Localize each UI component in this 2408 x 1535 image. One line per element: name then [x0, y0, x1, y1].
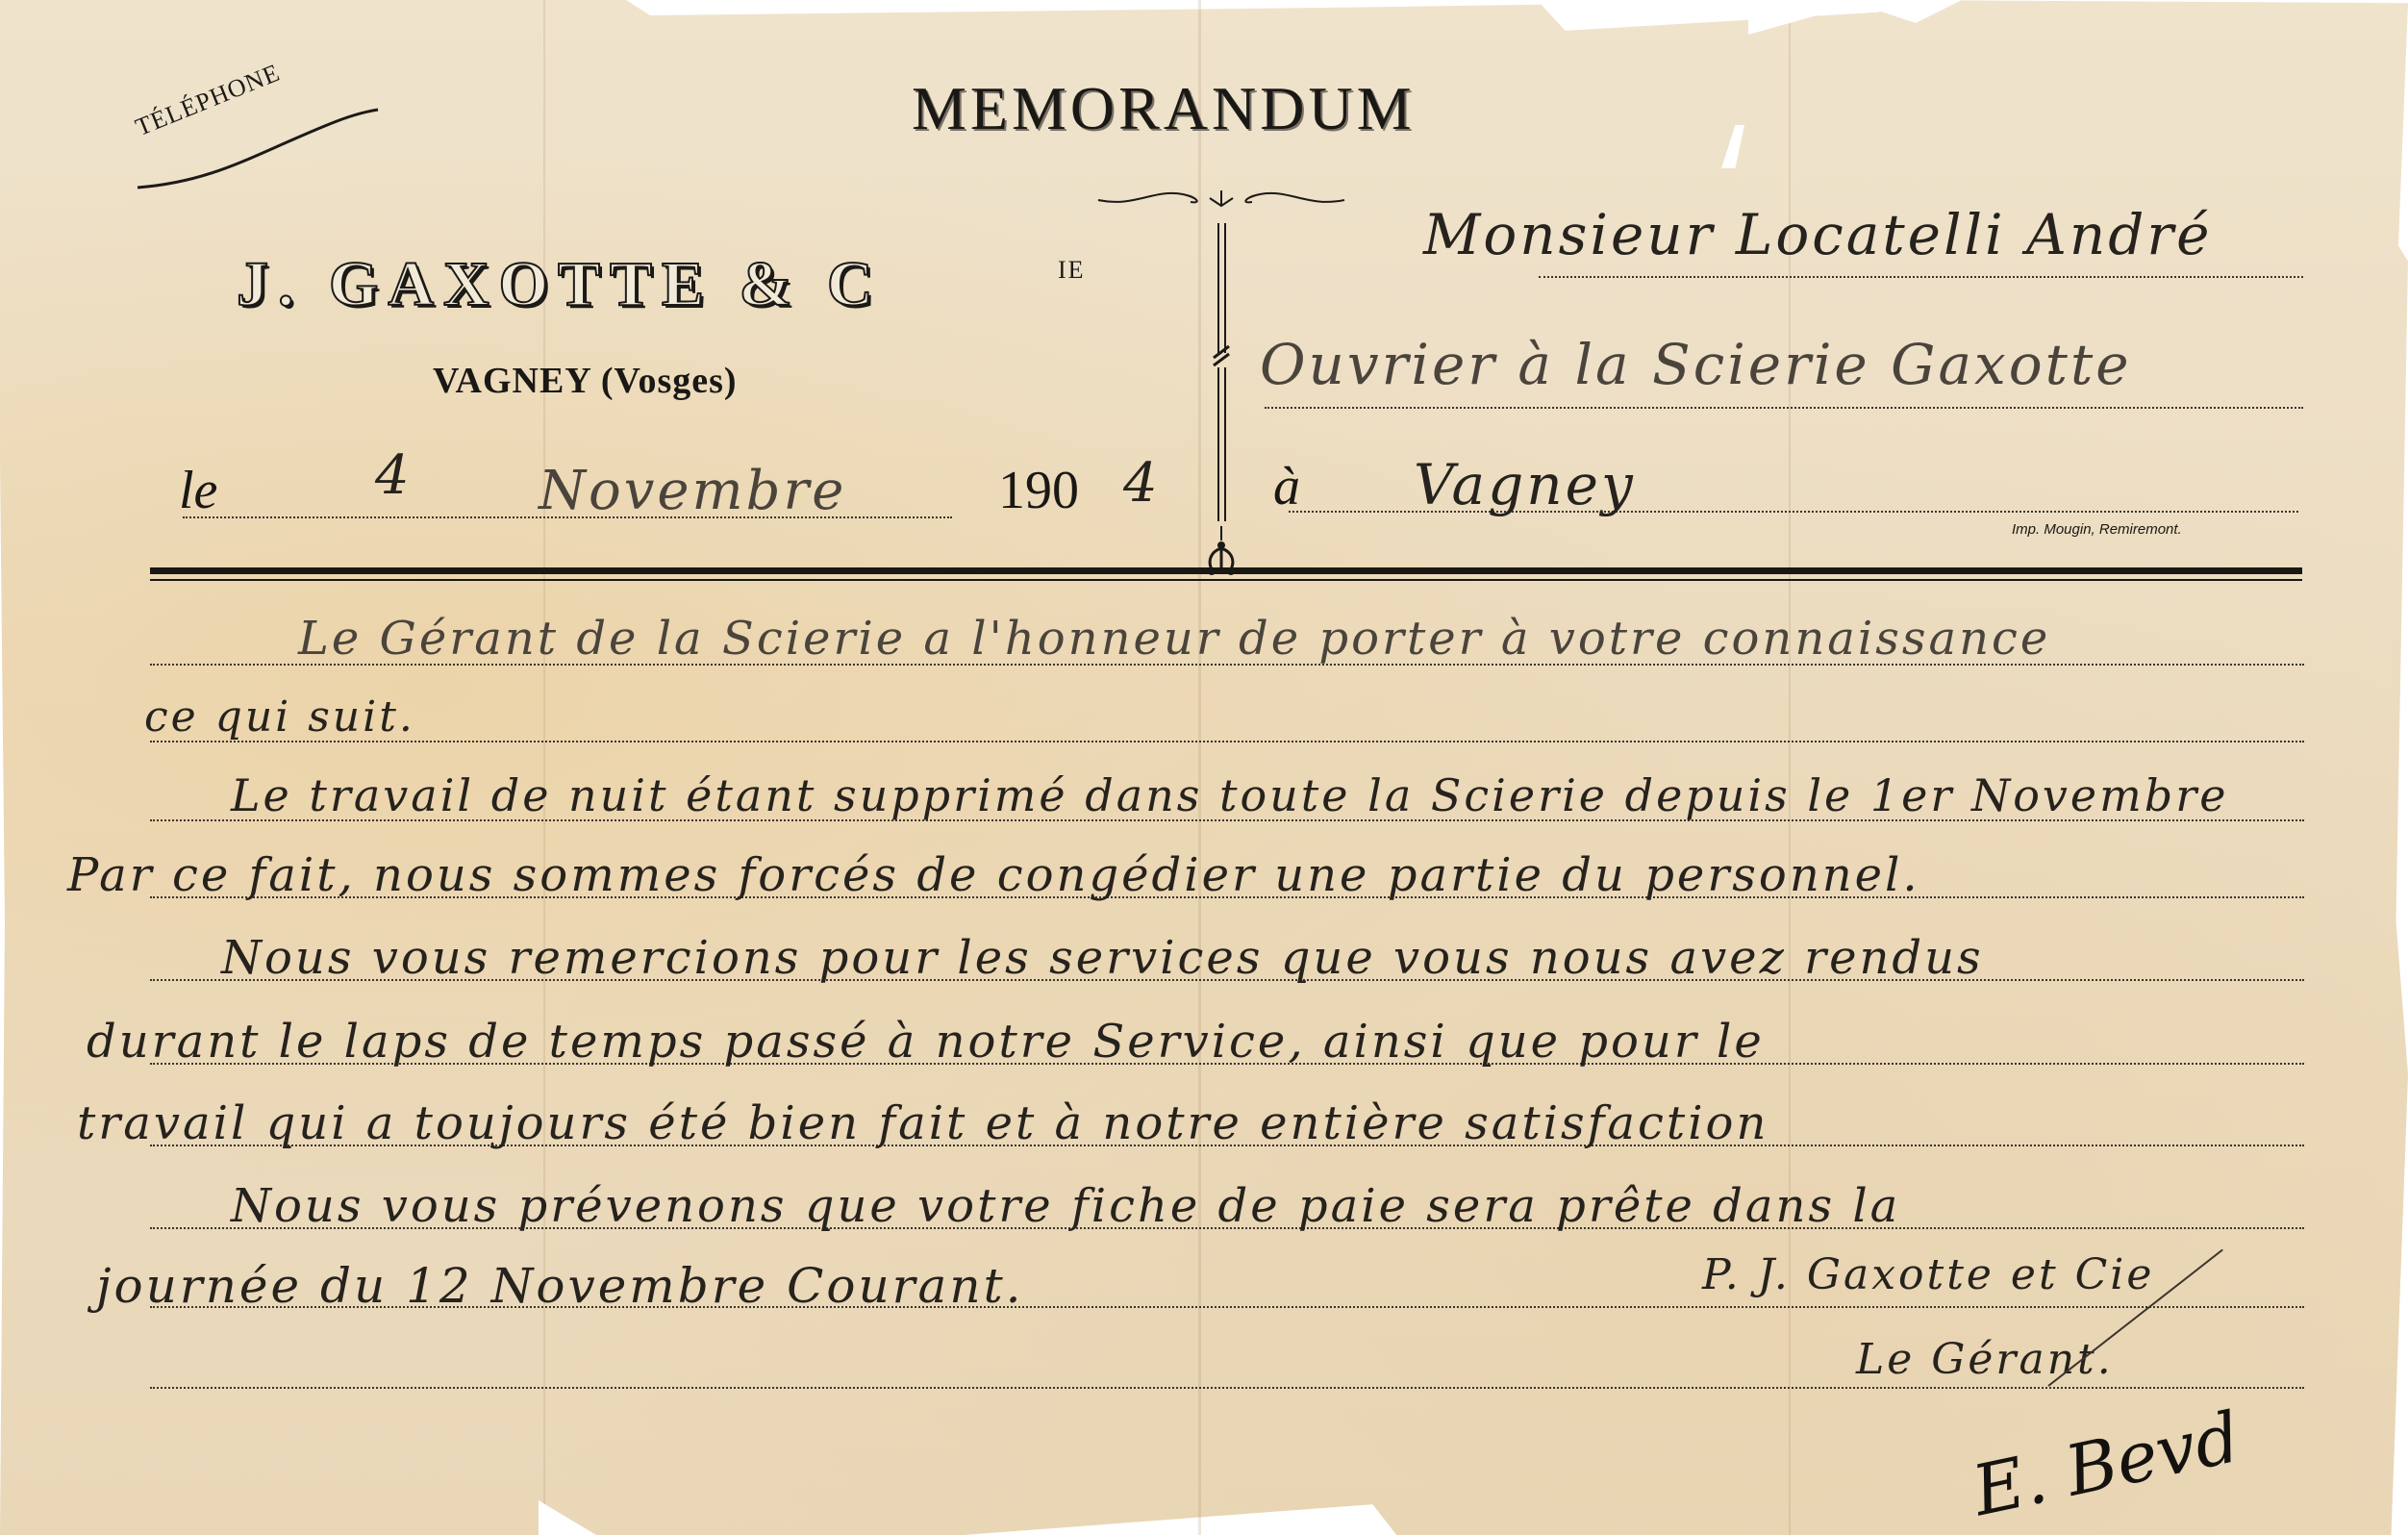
- company-superscript: IE: [1058, 256, 1086, 285]
- body-line-6: durant le laps de temps passé à notre Se…: [87, 1015, 1765, 1069]
- body-line-2: ce qui suit.: [144, 692, 415, 742]
- closing-company: P. J. Gaxotte et Cie: [1702, 1250, 2154, 1299]
- closing-role: Le Gérant.: [1856, 1335, 2114, 1384]
- date-month: Novembre: [539, 460, 846, 522]
- body-line-8: Nous vous prévenons que votre fiche de p…: [231, 1179, 1900, 1233]
- year-prefix: 190: [998, 460, 1079, 521]
- body-line-4: Par ce fait, nous sommes forcés de congé…: [67, 848, 1920, 902]
- body-line-9: journée du 12 Novembre Courant.: [96, 1258, 1024, 1314]
- recipient-occupation: Ouvrier à la Scierie Gaxotte: [1260, 332, 2132, 397]
- telephone-underline-icon: [133, 106, 383, 192]
- company-name: J. GAXOTTE & C: [237, 248, 883, 321]
- recipient-line-1: [1539, 276, 2303, 278]
- body-line-7: travail qui a toujours été bien fait et …: [77, 1096, 1768, 1150]
- vertical-divider-ornament: [1202, 214, 1241, 579]
- header-rule-thin: [150, 579, 2302, 581]
- place-value: Vagney: [1414, 452, 1636, 517]
- ornament-swash-icon: [1096, 179, 1346, 217]
- ruled-line: [150, 1387, 2304, 1389]
- ruled-line: [150, 741, 2304, 742]
- recipient-line-2: [1265, 407, 2303, 409]
- header-rule: [150, 567, 2302, 574]
- body-line-5: Nous vous remercions pour les services q…: [221, 931, 1984, 985]
- date-day: 4: [375, 444, 413, 507]
- fold-crease: [1198, 0, 1201, 1535]
- body-line-3: Le travail de nuit étant supprimé dans t…: [231, 769, 2228, 821]
- memorandum-title: MEMORANDUM: [912, 73, 1416, 144]
- printer-credit: Imp. Mougin, Remiremont.: [2012, 521, 2182, 538]
- recipient-name: Monsieur Locatelli André: [1423, 202, 2212, 267]
- year-suffix: 4: [1123, 452, 1161, 515]
- place-prefix: à: [1273, 456, 1300, 517]
- company-location: VAGNEY (Vosges): [433, 360, 738, 402]
- body-line-1: Le Gérant de la Scierie a l'honneur de p…: [298, 612, 2050, 666]
- date-prefix: le: [179, 460, 217, 521]
